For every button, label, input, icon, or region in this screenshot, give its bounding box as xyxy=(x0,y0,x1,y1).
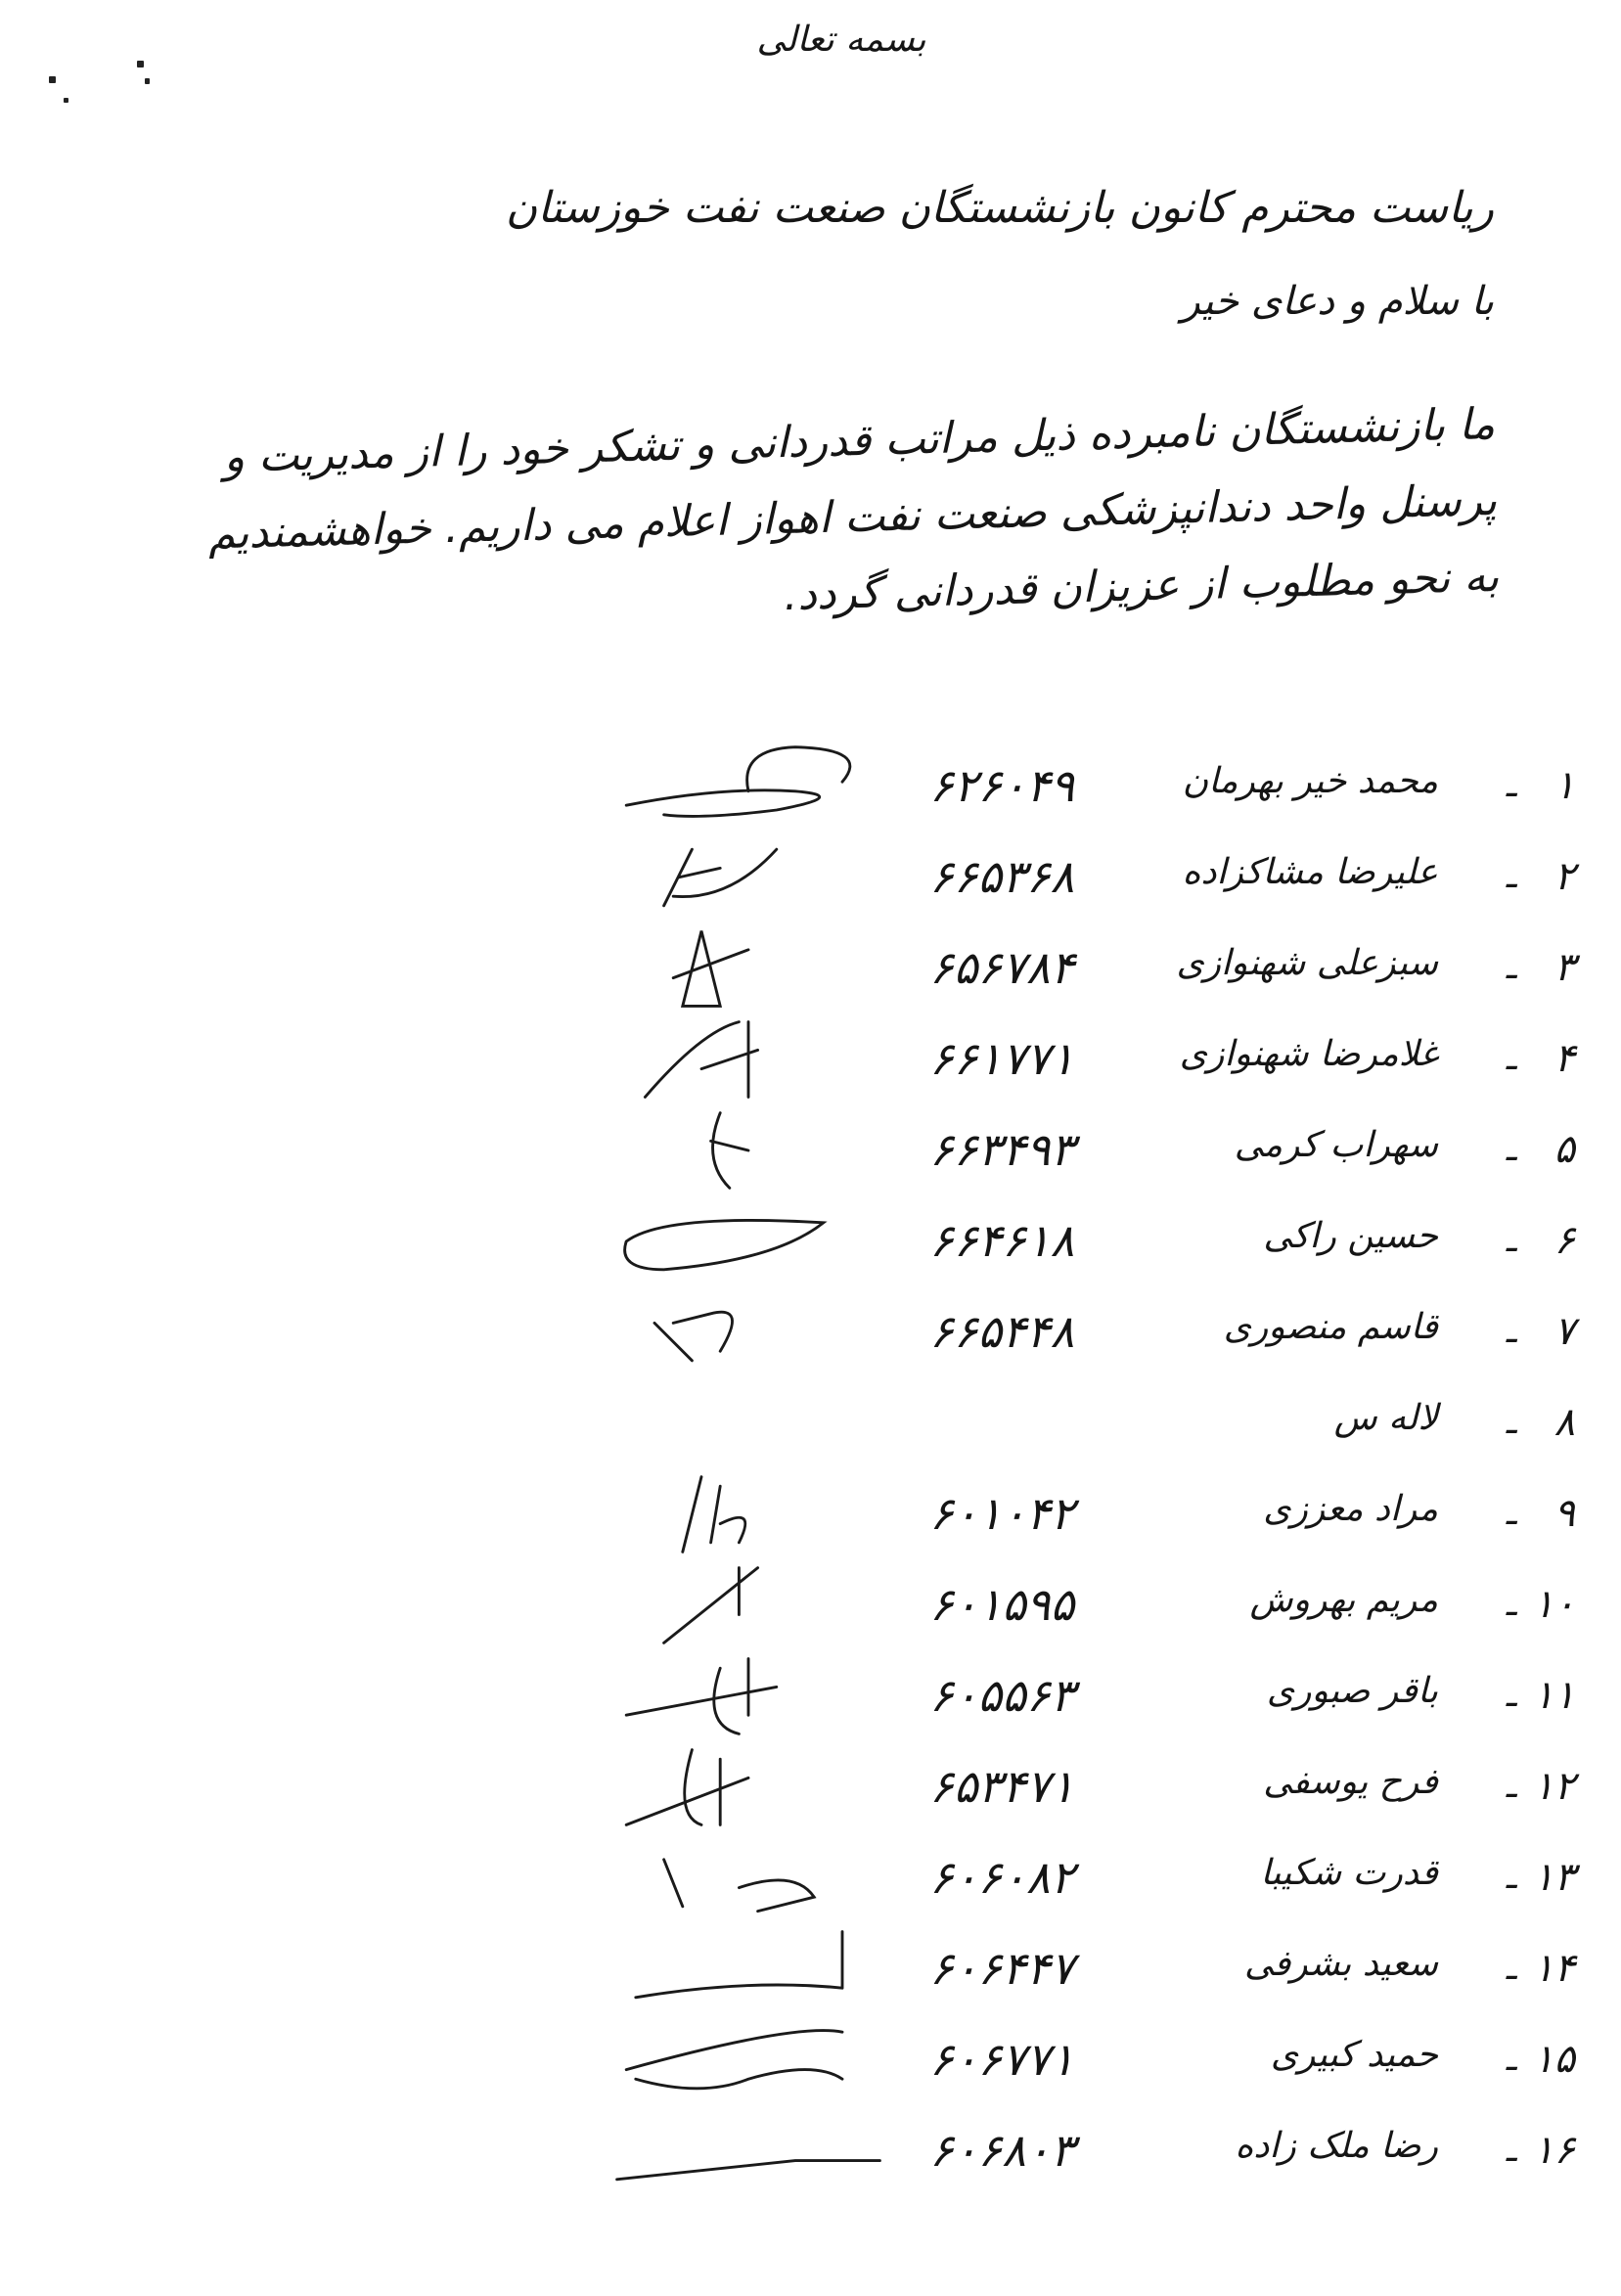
row-separator: ـ xyxy=(1506,1857,1516,1897)
scan-mark xyxy=(49,76,56,83)
row-number: ۸ xyxy=(1554,1400,1575,1445)
row-number: ۶ xyxy=(1554,1218,1575,1263)
scan-mark xyxy=(145,78,150,84)
signatory-id-number: ۶۰۶۰۸۲ xyxy=(929,1851,1074,1904)
row-separator: ـ xyxy=(1506,1129,1516,1169)
row-number: ۳ xyxy=(1554,945,1575,990)
row-number: ۷ xyxy=(1554,1309,1575,1354)
row-separator: ـ xyxy=(1506,1675,1516,1715)
scan-mark xyxy=(137,61,144,68)
signatory-id-number: ۶۰۱۵۹۵ xyxy=(929,1578,1074,1631)
row-separator: ـ xyxy=(1506,1311,1516,1351)
signatory-name: رضا ملک زاده xyxy=(1145,2126,1438,2166)
signatory-id-number: ۶۶۵۴۴۸ xyxy=(929,1305,1074,1358)
handwritten-signature xyxy=(607,1649,890,1743)
signatory-id-number: ۶۵۳۴۷۱ xyxy=(929,1760,1074,1813)
handwritten-signature xyxy=(607,831,890,924)
handwritten-signature xyxy=(607,1194,890,1288)
signatory-name: محمد خیر بهرمان xyxy=(1145,761,1438,801)
signatory-name: فرح یوسفی xyxy=(1145,1762,1438,1802)
signatory-id-number: ۶۰۶۷۷۱ xyxy=(929,2033,1074,2086)
row-separator: ـ xyxy=(1506,1220,1516,1260)
row-number: ۱۵ xyxy=(1533,2037,1575,2082)
signatory-name: سعید بشرفی xyxy=(1145,1944,1438,1984)
row-separator: ـ xyxy=(1506,1493,1516,1533)
signatory-name: لاله س xyxy=(1145,1398,1438,1438)
signatory-id-number: ۶۰۶۸۰۳ xyxy=(929,2124,1074,2177)
signatory-row: ۱۶ـرضا ملک زاده۶۰۶۸۰۳ xyxy=(607,2118,1585,2209)
row-number: ۱۳ xyxy=(1533,1855,1575,1900)
addressee-line: ریاست محترم کانون بازنشستگان صنعت نفت خو… xyxy=(418,178,1494,239)
row-separator: ـ xyxy=(1506,1584,1516,1624)
signatory-id-number: ۶۰۵۵۶۳ xyxy=(929,1669,1074,1722)
signatory-name: سبزعلی شهنوازی xyxy=(1145,943,1438,983)
row-number: ۱۴ xyxy=(1533,1946,1575,1991)
row-separator: ـ xyxy=(1506,947,1516,987)
greeting-line: با سلام و دعای خیر xyxy=(1181,279,1494,324)
signatory-name: قاسم منصوری xyxy=(1145,1307,1438,1347)
handwritten-signature xyxy=(607,2104,890,2198)
row-separator: ـ xyxy=(1506,2039,1516,2079)
row-number: ۵ xyxy=(1554,1127,1575,1172)
handwritten-signature xyxy=(607,922,890,1015)
row-number: ۱۰ xyxy=(1533,1582,1575,1627)
signatory-list: ۱ـمحمد خیر بهرمان۶۲۶۰۴۹۲ـعلیرضا مشاکزاده… xyxy=(607,753,1585,2209)
handwritten-signature xyxy=(607,1922,890,2016)
row-separator: ـ xyxy=(1506,1402,1516,1442)
handwritten-signature xyxy=(607,1740,890,1834)
signatory-id-number: ۶۶۵۳۶۸ xyxy=(929,850,1074,903)
handwritten-signature xyxy=(607,1285,890,1379)
signatory-id-number: ۶۶۱۷۷۱ xyxy=(929,1032,1074,1085)
invocation-heading: بسمه تعالی xyxy=(743,20,939,60)
row-separator: ـ xyxy=(1506,1766,1516,1806)
signatory-name: باقر صبوری xyxy=(1145,1671,1438,1711)
row-number: ۴ xyxy=(1554,1036,1575,1081)
signatory-id-number: ۶۲۶۰۴۹ xyxy=(929,759,1074,812)
handwritten-signature xyxy=(607,2013,890,2107)
signatory-name: حمید کبیری xyxy=(1145,2035,1438,2075)
scan-mark xyxy=(64,98,68,103)
row-separator: ـ xyxy=(1506,2130,1516,2170)
signatory-name: حسین راکی xyxy=(1145,1216,1438,1256)
handwritten-signature xyxy=(607,740,890,833)
signatory-name: غلامرضا شهنوازی xyxy=(1145,1034,1438,1074)
row-separator: ـ xyxy=(1506,856,1516,896)
handwritten-signature xyxy=(607,1558,890,1652)
signatory-name: سهراب کرمی xyxy=(1145,1125,1438,1165)
signatory-id-number: ۶۶۳۴۹۳ xyxy=(929,1123,1074,1176)
signatory-name: علیرضا مشاکزاده xyxy=(1145,852,1438,892)
signatory-id-number: ۶۶۴۶۱۸ xyxy=(929,1214,1074,1267)
row-separator: ـ xyxy=(1506,765,1516,805)
row-number: ۱۲ xyxy=(1533,1764,1575,1809)
signatory-id-number: ۶۰۶۴۴۷ xyxy=(929,1942,1074,1995)
row-number: ۹ xyxy=(1554,1491,1575,1536)
row-separator: ـ xyxy=(1506,1038,1516,1078)
signatory-row: ۷ـقاسم منصوری۶۶۵۴۴۸ xyxy=(607,1299,1585,1390)
signatory-id-number: ۶۵۶۷۸۴ xyxy=(929,941,1074,994)
signatory-name: مراد معززی xyxy=(1145,1489,1438,1529)
signatory-name: قدرت شکیبا xyxy=(1145,1853,1438,1893)
signatory-name: مریم بهروش xyxy=(1145,1580,1438,1620)
row-number: ۱۶ xyxy=(1533,2128,1575,2173)
handwritten-signature xyxy=(607,1013,890,1106)
handwritten-signature xyxy=(607,1831,890,1925)
row-separator: ـ xyxy=(1506,1948,1516,1988)
handwritten-signature xyxy=(607,1467,890,1561)
row-number: ۱ xyxy=(1554,763,1575,808)
handwritten-signature xyxy=(607,1103,890,1197)
signatory-id-number: ۶۰۱۰۴۲ xyxy=(929,1487,1074,1540)
row-number: ۲ xyxy=(1554,854,1575,899)
row-number: ۱۱ xyxy=(1533,1673,1575,1718)
letter-body: ما بازنشستگان نامبرده ذیل مراتب قدردانی … xyxy=(193,386,1500,650)
